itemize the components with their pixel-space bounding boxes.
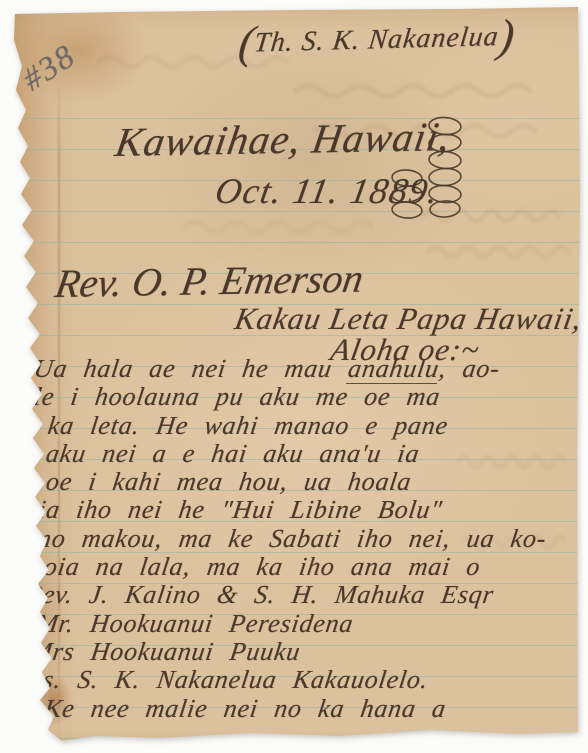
- bleedthrough-scribble: [180, 215, 380, 239]
- body-line: Mrs Hookuanui Puuku: [28, 638, 542, 666]
- underlined-word: anahulu: [346, 354, 441, 384]
- body-line: Mr. Hookuanui Peresidena: [34, 610, 546, 638]
- body-line: ia iho nei he "Hui Libine Bolu": [36, 496, 562, 524]
- paper-sheet: #38 (Th. S. K. Nakanelua) Kawaihae, Hawa…: [0, 0, 588, 753]
- body-line: aku nei a e hai aku ana'u ia: [44, 440, 570, 468]
- letter-scan: #38 (Th. S. K. Nakanelua) Kawaihae, Hawa…: [0, 0, 588, 753]
- body-line-text: , ao-: [437, 354, 502, 383]
- body-line: ka leta. He wahi manao e pane: [46, 412, 574, 440]
- recipient-line: Rev. O. P. Emerson: [52, 254, 367, 307]
- bleedthrough-scribble: [290, 78, 540, 104]
- place-line: Kawaihae, Hawaii,: [112, 112, 454, 166]
- scanned-letter-page: { "page": { "archive_number": "#38", "an…: [0, 0, 588, 753]
- annotation-name: Th. S. K. Nakanelua: [252, 21, 500, 59]
- body-line: Thos. S. K. Nakanelua Kakauolelo.: [0, 666, 538, 694]
- pen-flourish-icon: [422, 116, 468, 218]
- body-line: oe i kahi mea hou, ua hoala: [44, 468, 566, 496]
- body-line: Ua hala ae nei he mau anahulu, ao-: [32, 355, 582, 383]
- body-line: Ke nee malie nei no ka hana a: [42, 695, 534, 723]
- body-line: no makou, ma ke Sabati iho nei, ua ko-: [36, 525, 558, 553]
- body-line: hoia na lala, ma ka iho ana mai o: [28, 553, 554, 581]
- bleedthrough-scribble: [425, 240, 575, 264]
- header-annotation: (Th. S. K. Nakanelua): [236, 9, 517, 69]
- letter-body: Ua hala ae nei he mau anahulu, ao- le i …: [0, 355, 582, 723]
- body-line: Rev. J. Kalino & S. H. Mahuka Esqr: [24, 581, 550, 609]
- pencil-archive-number: #38: [16, 38, 83, 99]
- body-line-text: Ua hala ae nei he mau: [32, 354, 350, 383]
- body-line: le i hoolauna pu aku me oe ma: [32, 383, 578, 411]
- close-paren: ): [496, 10, 517, 62]
- pen-flourish-icon: [386, 168, 428, 220]
